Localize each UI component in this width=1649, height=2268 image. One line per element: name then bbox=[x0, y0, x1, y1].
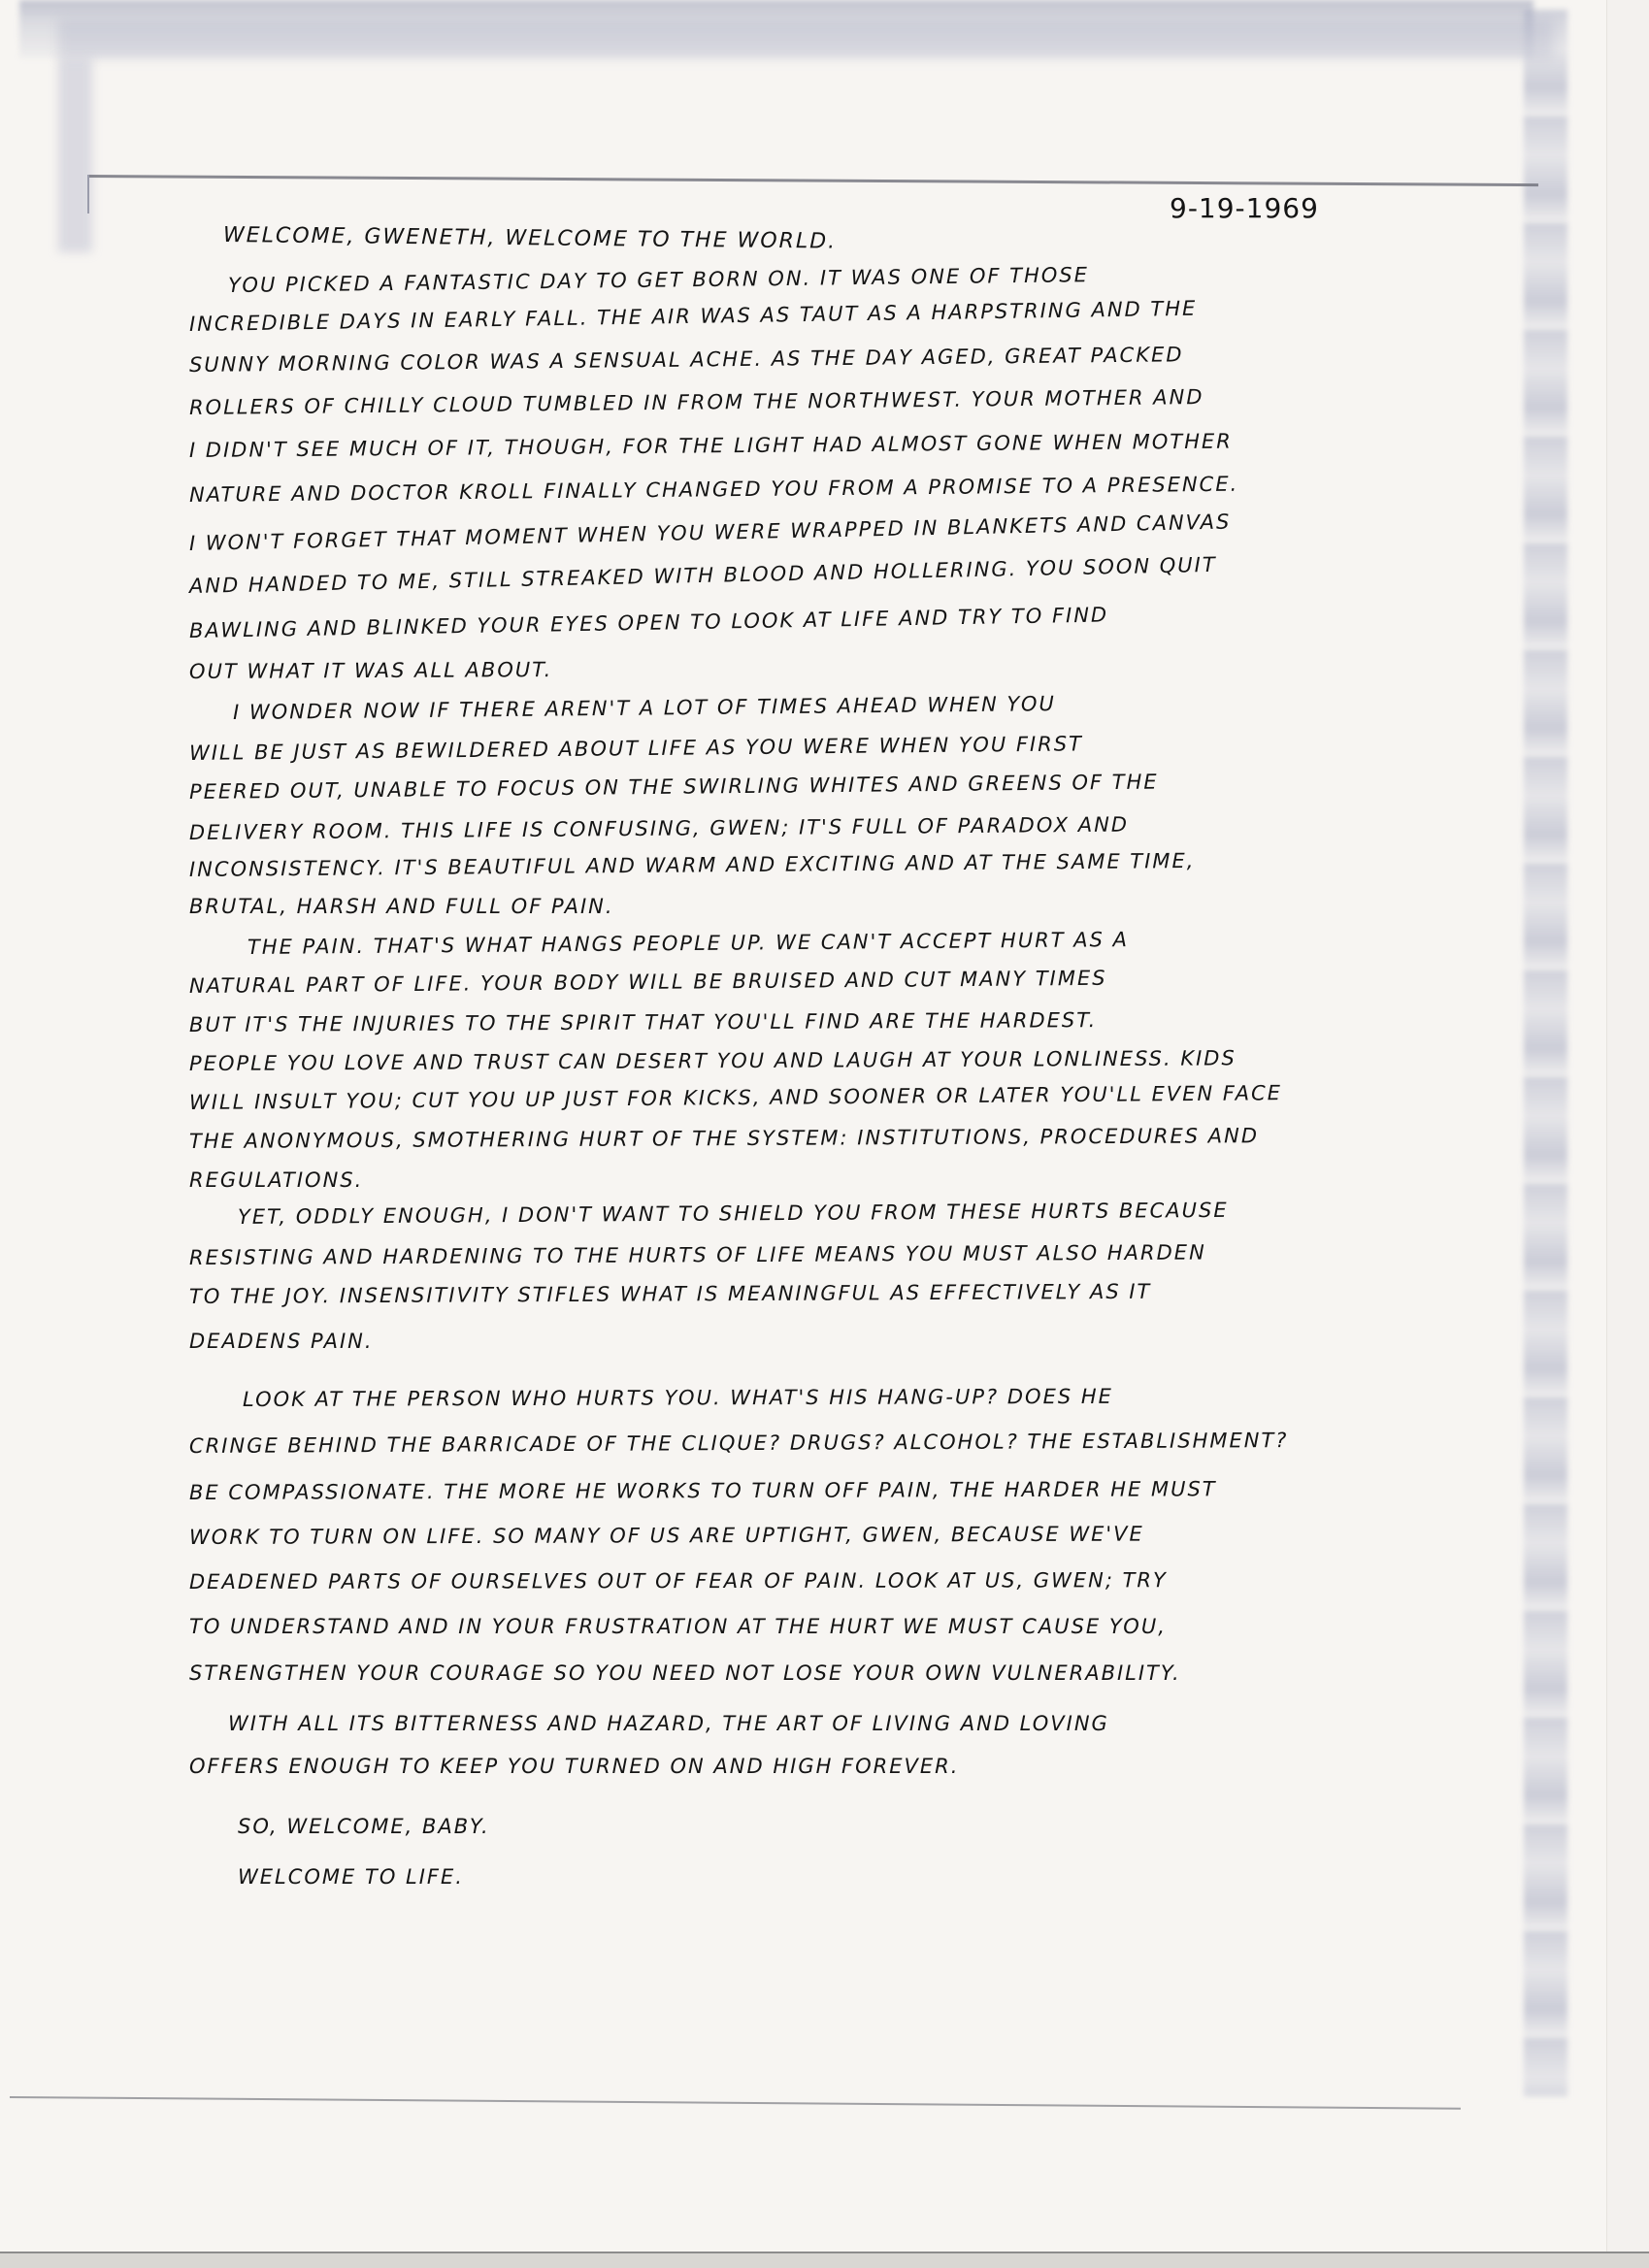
letter-line: will be just as bewildered about life as… bbox=[189, 732, 1083, 765]
letter-line: to the joy. Insensitivity stifles what i… bbox=[189, 1280, 1151, 1308]
letter-line: cringe behind the barricade of the cliqu… bbox=[189, 1429, 1289, 1458]
letter-line: natural part of life. Your body will be … bbox=[189, 967, 1107, 998]
letter-line: bawling and blinked your eyes open to lo… bbox=[189, 603, 1109, 642]
letter-line: inconsistency. It's beautiful and warm a… bbox=[189, 849, 1196, 881]
salutation: Welcome, Gweneth, welcome to the world. bbox=[223, 223, 837, 254]
letter-line: offers enough to keep you turned on and … bbox=[189, 1755, 959, 1778]
letter-line: out what it was all about. bbox=[189, 658, 552, 683]
letter-line: You picked a fantastic day to get born o… bbox=[228, 263, 1089, 297]
letter-line: With all its bitterness and hazard, the … bbox=[228, 1712, 1109, 1735]
letter-line: incredible days in early fall. The air w… bbox=[189, 297, 1198, 336]
letter-line: brutal, harsh and full of pain. bbox=[189, 895, 614, 918]
letter-line: I wonder now if there aren't a lot of ti… bbox=[233, 692, 1056, 724]
closing-line: So, welcome, Baby. bbox=[238, 1815, 490, 1838]
letter-line: The pain. That's what hangs people up. W… bbox=[247, 928, 1129, 959]
letter-line: deadened parts of ourselves out of fear … bbox=[189, 1568, 1168, 1594]
handwritten-letter: 9-19-1969 Welcome, Gweneth, welcome to t… bbox=[0, 0, 1649, 2268]
letter-line: deadens pain. bbox=[189, 1330, 374, 1353]
letter-line: delivery room. This life is confusing, G… bbox=[189, 813, 1129, 844]
letter-line: will insult you; cut you up just for kic… bbox=[189, 1081, 1282, 1114]
letter-date: 9-19-1969 bbox=[1170, 192, 1319, 224]
letter-line: Yet, oddly enough, I don't want to shiel… bbox=[238, 1199, 1229, 1229]
letter-line: but it's the injuries to the spirit that… bbox=[189, 1008, 1097, 1036]
letter-line: sunny morning color was a sensual ache. … bbox=[189, 343, 1184, 377]
letter-line: I didn't see much of it, though, for the… bbox=[189, 430, 1233, 462]
letter-line: I won't forget that moment when you were… bbox=[189, 510, 1232, 555]
letter-line: Nature and Doctor Kroll finally changed … bbox=[189, 473, 1238, 507]
letter-line: work to turn on life. So many of us are … bbox=[189, 1523, 1144, 1549]
letter-line: Regulations. bbox=[189, 1168, 363, 1192]
letter-line: rollers of chilly cloud tumbled in from … bbox=[189, 385, 1204, 419]
letter-line: peered out, unable to focus on the swirl… bbox=[189, 771, 1159, 804]
letter-line: and handed to me, still streaked with bl… bbox=[189, 553, 1217, 598]
letter-line: strengthen your courage so you need not … bbox=[189, 1661, 1181, 1685]
letter-line: resisting and hardening to the hurts of … bbox=[189, 1241, 1206, 1269]
letter-line: Be compassionate. The more he works to t… bbox=[189, 1477, 1217, 1504]
closing-signoff: Welcome to life. bbox=[238, 1865, 464, 1889]
letter-line: to understand and in your frustration at… bbox=[189, 1615, 1167, 1638]
letter-line: Look at the person who hurts you. What's… bbox=[243, 1385, 1113, 1411]
letter-line: People you love and trust can desert you… bbox=[189, 1046, 1237, 1075]
letter-line: the anonymous, smothering hurt of the Sy… bbox=[189, 1124, 1259, 1153]
